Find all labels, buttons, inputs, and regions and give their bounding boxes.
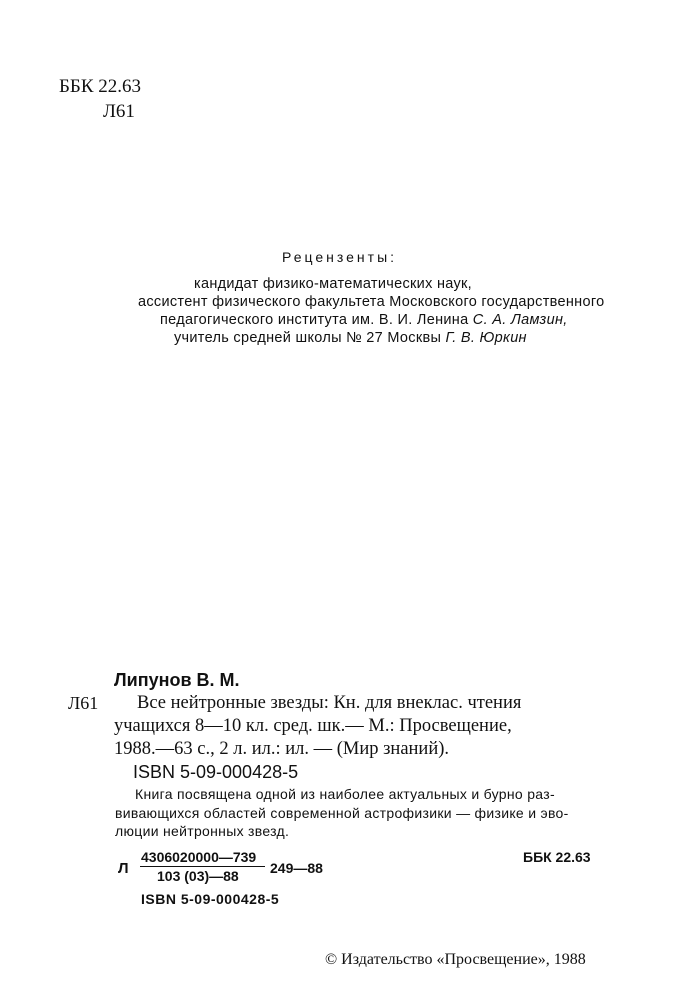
copyright-text: Издательство «Просвещение», 1988	[341, 951, 586, 968]
shelf-mark: Л61	[68, 693, 98, 714]
index-code: 249—88	[270, 860, 323, 876]
reviewer-line-2: ассистент физического факультета Московс…	[138, 294, 604, 310]
fraction-line	[140, 866, 265, 867]
publishing-letter: Л	[118, 860, 129, 877]
reviewer-line-3: педагогического института им. В. И. Лени…	[160, 312, 568, 328]
annotation-line-3: люции нейтронных звезд.	[115, 823, 289, 839]
code-numerator: 4306020000—739	[141, 849, 256, 865]
library-code: Л61	[103, 101, 135, 123]
reviewers-heading: Рецензенты:	[0, 249, 679, 265]
isbn-bottom: ISBN 5-09-000428-5	[141, 891, 279, 907]
reviewer-name-lamzin: С. А. Ламзин,	[473, 312, 568, 328]
annotation-line-2: вивающихся областей современной астрофиз…	[115, 805, 569, 821]
reviewer-affiliation: учитель средней школы № 27 Москвы	[174, 330, 446, 346]
annotation-line-1: Книга посвящена одной из наиболее актуал…	[135, 786, 555, 802]
bibliographic-line-2: учащихся 8—10 кл. сред. шк.— М.: Просвещ…	[114, 716, 512, 737]
bbk-classification: ББК 22.63	[59, 76, 141, 98]
reviewer-name-yurkin: Г. В. Юркин	[446, 330, 527, 346]
reviewer-line-4: учитель средней школы № 27 Москвы Г. В. …	[174, 330, 527, 346]
reviewer-line-1: кандидат физико-математических наук,	[194, 276, 472, 292]
author-name: Липунов В. М.	[114, 670, 240, 691]
copyright-line: © Издательство «Просвещение», 1988	[325, 951, 586, 969]
bibliographic-line-1: Все нейтронные звезды: Кн. для внеклас. …	[137, 693, 521, 714]
isbn: ISBN 5-09-000428-5	[133, 762, 298, 783]
copyright-icon: ©	[325, 951, 337, 968]
bbk-bottom: ББК 22.63	[523, 849, 591, 865]
code-denominator: 103 (03)—88	[157, 868, 239, 884]
bibliographic-line-3: 1988.—63 с., 2 л. ил.: ил. — (Мир знаний…	[114, 739, 449, 760]
reviewer-affiliation: педагогического института им. В. И. Лени…	[160, 312, 473, 328]
